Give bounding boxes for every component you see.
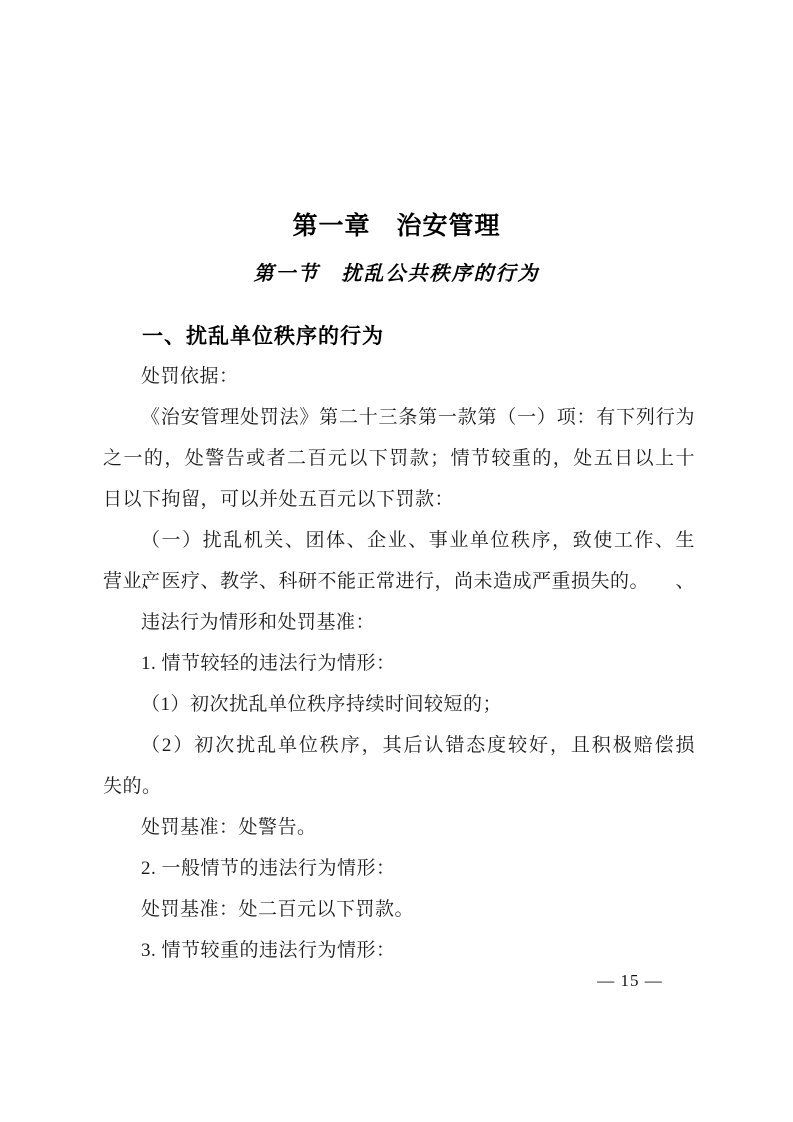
body-line: 处罚基准：处警告。: [103, 807, 695, 848]
body-line: 处罚基准：处二百元以下罚款。: [103, 889, 695, 930]
body-line: 3. 情节较重的违法行为情形：: [103, 930, 695, 971]
body-line: 处罚依据：: [103, 356, 695, 397]
body-line: （1）初次扰乱单位秩序持续时间较短的；: [103, 684, 695, 725]
body-line: 2. 一般情节的违法行为情形：: [103, 848, 695, 889]
chapter-title: 第一章 治安管理: [0, 206, 793, 242]
body-line: 违法行为情形和处罚基准：: [103, 602, 695, 643]
document-page: 第一章 治安管理 第一节 扰乱公共秩序的行为 一、扰乱单位秩序的行为 处罚依据：…: [0, 0, 793, 1122]
page-number: — 15 —: [575, 971, 685, 991]
body-line: 1. 情节较轻的违法行为情形：: [103, 643, 695, 684]
body-line: 失的。: [103, 766, 695, 807]
section-title: 第一节 扰乱公共秩序的行为: [0, 257, 793, 286]
body-line: 日以下拘留，可以并处五百元以下罚款：: [103, 479, 695, 520]
body-text: 处罚依据：《治安管理处罚法》第二十三条第一款第（一）项：有下列行为之一的，处警告…: [103, 356, 695, 971]
body-line: （一）扰乱机关、团体、企业、事业单位秩序，致使工作、生产、: [103, 520, 695, 561]
body-line: （2）初次扰乱单位秩序，其后认错态度较好，且积极赔偿损: [103, 725, 695, 766]
body-line: 营业、医疗、教学、科研不能正常进行，尚未造成严重损失的。: [103, 561, 695, 602]
body-line: 《治安管理处罚法》第二十三条第一款第（一）项：有下列行为: [103, 397, 695, 438]
body-line: 之一的，处警告或者二百元以下罚款；情节较重的，处五日以上十: [103, 438, 695, 479]
subsection-heading: 一、扰乱单位秩序的行为: [142, 320, 384, 350]
